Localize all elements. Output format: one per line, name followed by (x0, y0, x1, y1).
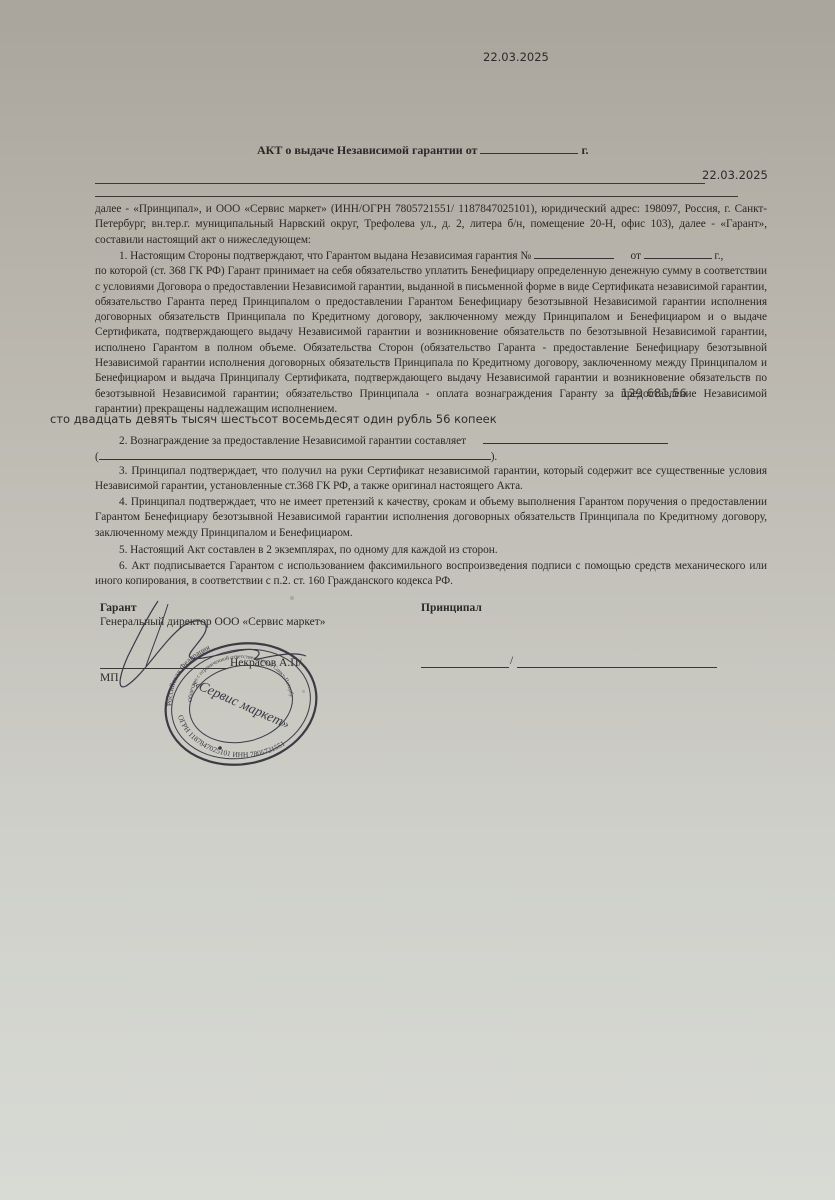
clause-2-line: 2. Вознаграждение за предоставление Неза… (95, 433, 767, 449)
clause-5: 5. Настоящий Акт составлен в 2 экземпляр… (95, 543, 767, 558)
clause-5-text: 5. Настоящий Акт составлен в 2 экземпляр… (95, 543, 767, 558)
clause-4: 4. Принципал подтверждает, что не имеет … (95, 495, 767, 541)
scan-speck (302, 690, 305, 693)
preamble-paragraph: далее - «Принципал», и ООО «Сервис марке… (95, 202, 767, 248)
document-title: АКТ о выдаче Независимой гарантии от г. (257, 143, 589, 158)
clause-1-from: от (631, 250, 641, 262)
clause-3: 3. Принципал подтверждает, что получил н… (95, 464, 767, 495)
header-line-1 (95, 183, 705, 184)
title-date-blank (480, 143, 578, 154)
title-text: АКТ о выдаче Независимой гарантии от (257, 143, 477, 157)
clause-2-text: 2. Вознаграждение за предоставление Неза… (119, 435, 466, 447)
preamble-text: далее - «Принципал», и ООО «Сервис марке… (95, 202, 767, 248)
header-line-2 (95, 196, 738, 197)
clause-4-text: 4. Принципал подтверждает, что не имеет … (95, 495, 767, 541)
fee-words-blank (99, 449, 491, 460)
principal-label: Принципал (421, 602, 482, 614)
top-date-overlay: 22.03.2025 (483, 50, 549, 64)
principal-name-line (517, 667, 717, 668)
stamp-center-text: «Сервис маркет» (190, 676, 292, 732)
clause-6-text: 6. Акт подписывается Гарантом с использо… (95, 559, 767, 590)
clause-1-first-line: 1. Настоящим Стороны подтверждают, что Г… (95, 248, 767, 264)
clause-2: 2. Вознаграждение за предоставление Неза… (95, 433, 767, 466)
amount-numeric-overlay: 129 681,56 (621, 386, 687, 400)
guarantee-date-blank (644, 248, 712, 259)
company-seal-stamp: Российская Федерация ОГРН 1187847025101 … (150, 636, 332, 766)
clause-6: 6. Акт подписывается Гарантом с использо… (95, 559, 767, 590)
scan-speck (290, 596, 294, 600)
clause-3-text: 3. Принципал подтверждает, что получил н… (95, 464, 767, 495)
principal-sign-line (421, 667, 509, 668)
amount-words-overlay: сто двадцать девять тысяч шестьсот восем… (50, 412, 497, 426)
principal-separator: / (510, 655, 513, 667)
document-page: 22.03.2025 АКТ о выдаче Независимой гара… (0, 0, 835, 1200)
clause-1-start: 1. Настоящим Стороны подтверждают, что Г… (119, 250, 531, 262)
fee-amount-blank (483, 433, 668, 444)
paren-close: ). (491, 451, 498, 463)
guarantee-number-blank (534, 248, 614, 259)
header-date-overlay: 22.03.2025 (702, 168, 768, 182)
title-suffix: г. (581, 143, 588, 157)
clause-1-year: г., (714, 250, 723, 262)
